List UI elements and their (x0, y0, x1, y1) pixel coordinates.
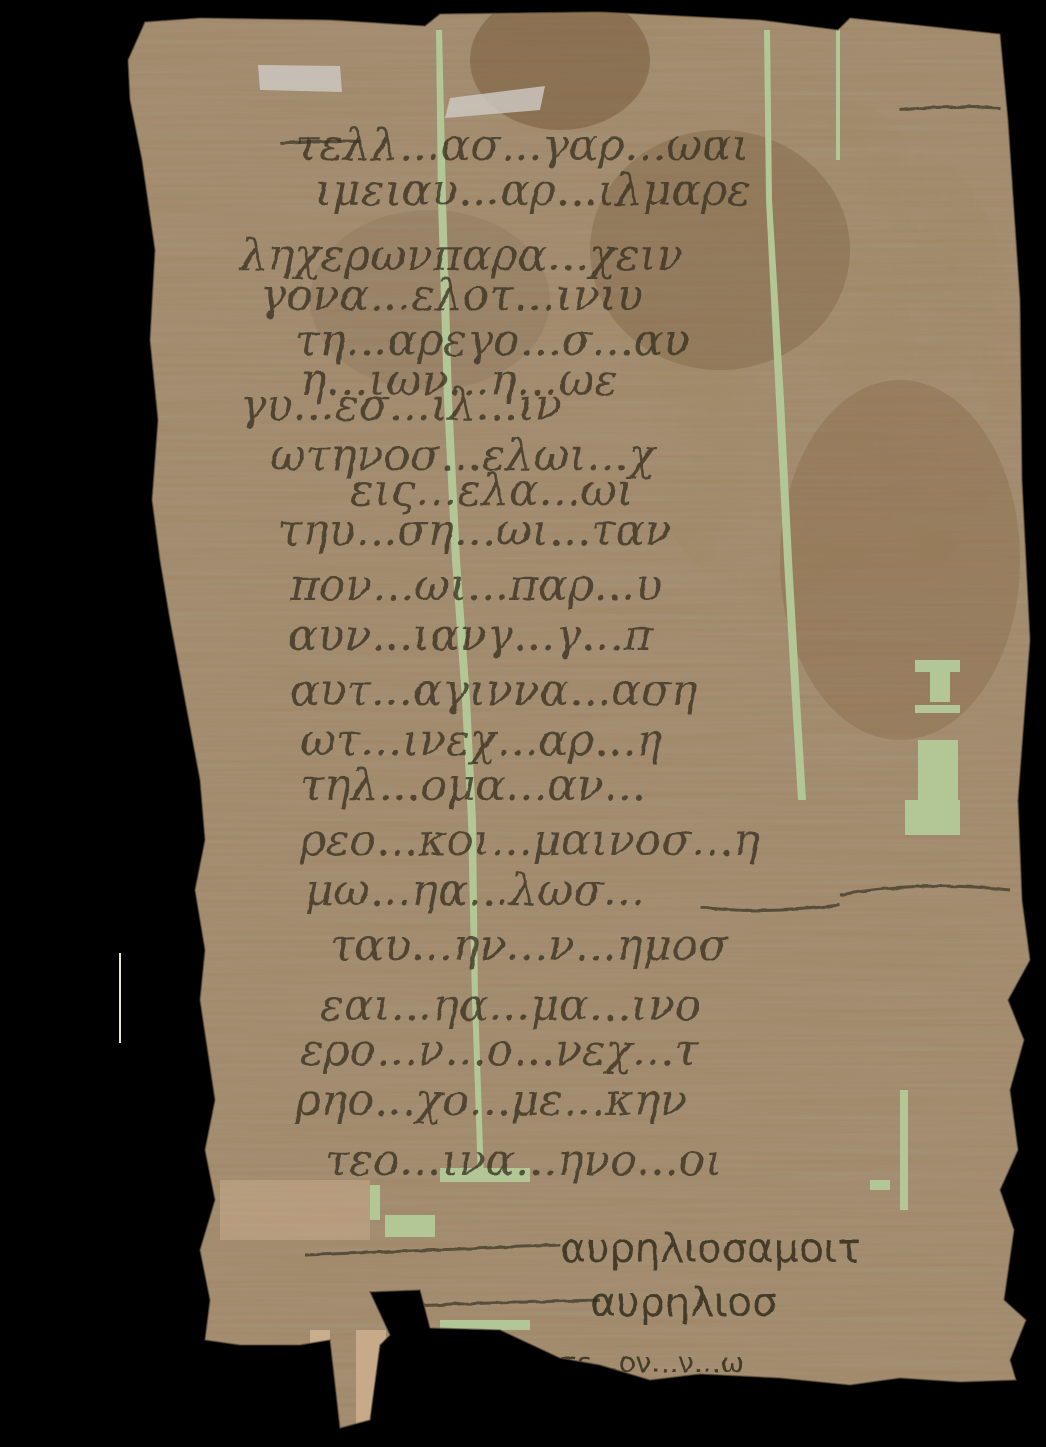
svg-text:τεο...ινα...ηνο...οι: τεο...ινα...ηνο...οι (325, 1135, 722, 1186)
edge-marker-line (119, 953, 121, 1043)
svg-text:γυ...εσ...ιλ...ιν: γυ...εσ...ιλ...ιν (240, 380, 562, 431)
papyrus-photo: τελλ...ασ...γαρ...ωαι ιμειαυ...αρ...ιλμα… (0, 0, 1046, 1447)
svg-text:αυρηλιοσ: αυρηλιοσ (590, 1280, 777, 1326)
svg-text:αυν...ιανγ...γ...π: αυν...ιανγ...γ...π (288, 610, 653, 661)
svg-text:αυτ...αγιννα...αση: αυτ...αγιννα...αση (290, 665, 697, 716)
svg-text:πον...ωι...παρ...υ: πον...ωι...παρ...υ (289, 560, 662, 611)
svg-text:τηλ...ομα...αν...: τηλ...ομα...αν... (300, 760, 646, 811)
svg-text:ωτ...ινεχ...αρ...η: ωτ...ινεχ...αρ...η (300, 715, 662, 766)
svg-text:ταυ...ην...ν...ημοσ: ταυ...ην...ν...ημοσ (330, 920, 730, 971)
svg-text:ερο...ν...ο...νεχ...τ: ερο...ν...ο...νεχ...τ (300, 1025, 699, 1076)
svg-text:μω...ηα...λωσ...: μω...ηα...λωσ... (305, 865, 645, 916)
svg-text:ιμειαυ...αρ...ιλμαρε: ιμειαυ...αρ...ιλμαρε (315, 165, 751, 216)
svg-text:αυρηλιοσαμοιτ: αυρηλιοσαμοιτ (560, 1226, 861, 1272)
svg-text:γονα...ελοτ...ινιυ: γονα...ελοτ...ινιυ (260, 270, 644, 321)
svg-text:ρηο...χο...με...κην: ρηο...χο...με...κην (294, 1075, 687, 1126)
svg-text:τελλ...ασ...γαρ...ωαι: τελλ...ασ...γαρ...ωαι (295, 120, 749, 171)
svg-text:τηυ...ση...ωι...ταν: τηυ...ση...ωι...ταν (278, 505, 672, 556)
svg-text:ρεο...κοι...μαινοσ...η: ρεο...κοι...μαινοσ...η (299, 815, 760, 866)
svg-text:εαι...ηα...μα...ινο: εαι...ηα...μα...ινο (320, 980, 701, 1031)
